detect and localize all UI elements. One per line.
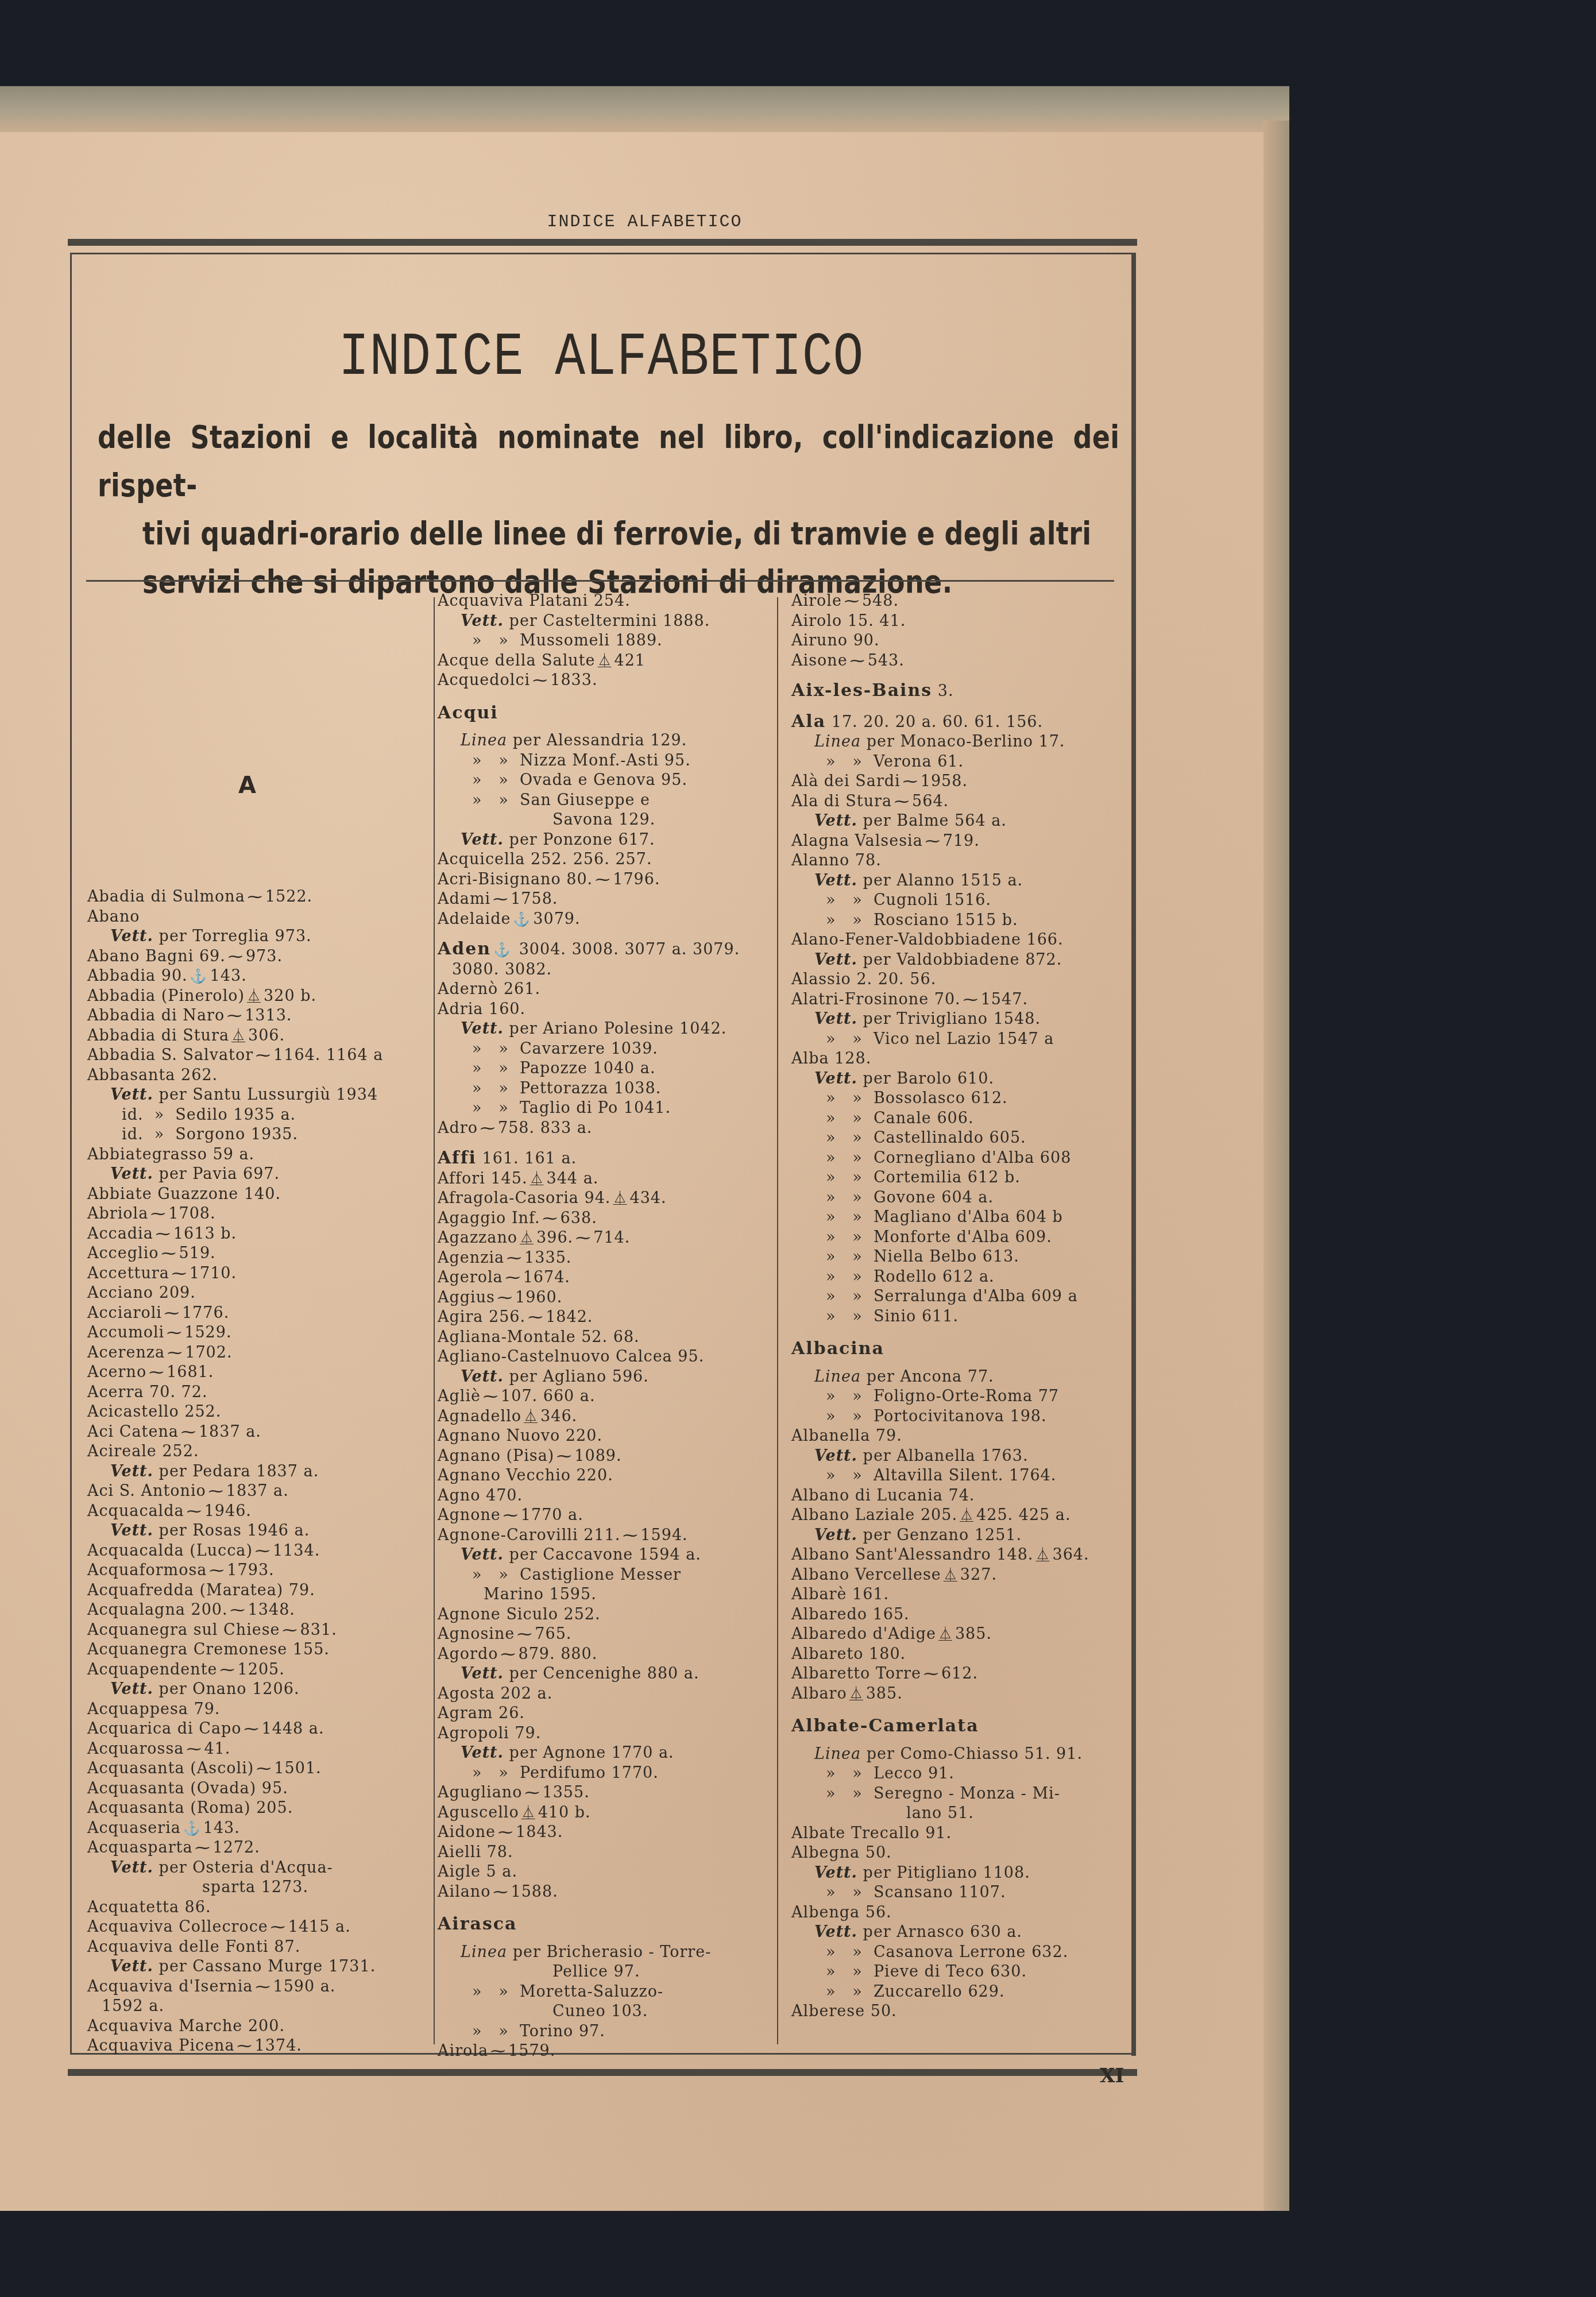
entry-name: Alagna Valsesia [791,832,923,850]
entry-ref: 879. 880. [518,1645,597,1663]
service-dest: per Torreglia 973. [159,927,312,945]
service-dest: per Agnone 1770 a. [509,1744,674,1762]
index-entry: Abbasanta 262. [87,1066,383,1086]
entry-ref: 1501. [274,1760,321,1777]
coach-icon: ⁓ [493,890,508,910]
index-entry: Agnone-Carovilli 211.⁓1594. [438,1526,740,1546]
ditto-line: » » Monforte d'Alba 609. [791,1228,1089,1248]
coach-icon: ⁓ [557,1447,572,1467]
service-label: Vett. [110,927,153,945]
entry-ref: 1164. 1164 a [273,1046,383,1064]
index-entry: Agnano Vecchio 220. [438,1466,740,1486]
line-service: Linea per Bricherasio - Torre- [438,1943,740,1963]
entry-name: Albareto 180. [791,1645,906,1663]
entry-name: Agnano Vecchio 220. [438,1467,613,1484]
service-dest: per Bricherasio - Torre- [513,1943,712,1961]
service-dest: per Monaco-Berlino 17. [867,733,1065,751]
entry-ref: 765. [535,1625,571,1643]
entry-name: Abbadia di Naro [87,1007,225,1024]
entry-name: Airolo 15. 41. [791,612,906,630]
index-entry: Acquedolci⁓1833. [438,671,740,691]
entry-ref: 161. 161 a. [482,1150,577,1167]
entry-name: Agno 470. [438,1487,523,1505]
entry-name: Abbadia 90. [87,967,188,985]
coach-service: Vett. per Agnone 1770 a. [438,1743,740,1764]
index-entry: Albenga 56. [791,1903,1089,1923]
service-dest: per Ancona 77. [867,1368,994,1386]
page-title: INDICE ALFABETICO [70,324,1133,393]
ditto-line: » » Seregno - Monza - Mi- [791,1784,1089,1804]
index-entry: Agnadello⏅346. [438,1407,740,1427]
entry-ref: 1313. [245,1007,292,1024]
index-entry: Abbadia (Pinerolo)⏅320 b. [87,987,383,1007]
index-entry: Abbadia 90.⚓143. [87,966,383,987]
coach-icon: ⁓ [532,671,548,691]
coach-service: Vett. per Rosas 1946 a. [87,1521,383,1541]
service-dest: per Ponzone 617. [509,831,655,849]
service-dest: per Caccavone 1594 a. [509,1546,701,1564]
ditto-line: » » Scansano 1107. [791,1883,1089,1903]
subtitle: delle Stazioni e località nominate nel l… [98,413,1119,606]
ditto-line: » » Zuccarello 629. [791,1982,1089,2002]
entry-name: Aci S. Antonio [87,1482,206,1500]
entry-ref: 1833. [550,671,597,689]
entry-name: Acicastello 252. [87,1403,221,1421]
index-entry: Acquaviva Picena⁓1374. [87,2036,383,2056]
column-divider-2 [777,597,778,2044]
entry-name: Aisone [791,652,848,670]
entry-name: Acquaviva d'Isernia [87,1978,253,1996]
id-line: id. » Sedilo 1935 a. [87,1105,383,1126]
coach-icon: ⁓ [167,1323,182,1343]
index-entry: Albate Trecallo 91. [791,1824,1089,1844]
index-heading: Acqui [438,703,740,724]
index-entry: Aden⚓ 3004. 3008. 3077 a. 3079. [438,939,740,960]
entry-name: Agnone Siculo 252. [438,1606,601,1623]
entry-ref: 1770 a. [521,1506,583,1524]
entry-name: Agliano-Castelnuovo Calcea 95. [438,1348,704,1366]
entry-ref: 1946. [204,1502,252,1520]
coach-icon: ⁓ [256,1046,271,1066]
index-entry: Aisone⁓543. [791,651,1089,671]
entry-name: Abbasanta 262. [87,1066,218,1084]
entry-ref: 1613 b. [173,1225,237,1243]
entry-ref: 1547. [981,991,1028,1008]
entry-ref: 1529. [184,1324,231,1341]
index-entry: Agugliano⁓1355. [438,1783,740,1803]
coach-service: Vett. per Pitigliano 1108. [791,1863,1089,1884]
index-entry: Adelaide⚓3079. [438,910,740,930]
coach-service: Vett. per Casteltermini 1888. [438,612,740,632]
ditto-line: » » Nizza Monf.-Asti 95. [438,751,740,771]
index-entry: Acerno⁓1681. [87,1363,383,1383]
entry-name: Airola [438,2042,488,2060]
index-entry: Alagna Valsesia⁓719. [791,832,1089,852]
service-dest: per Valdobbiadene 872. [863,951,1062,969]
service-dest: per Pavia 697. [159,1165,280,1183]
index-entry: Affori 145.⏅344 a. [438,1169,740,1189]
coach-icon: ⁓ [244,1719,260,1739]
ditto-line: » » Magliano d'Alba 604 b [791,1208,1089,1228]
entry-ref: 714. [593,1229,630,1247]
index-entry: Albareto 180. [791,1645,1089,1665]
ditto-line: » » Perdifumo 1770. [438,1764,740,1784]
entry-ref: 346. [540,1407,577,1425]
steamer-icon: ⚓ [493,940,511,960]
entry-name: Agnano (Pisa) [438,1447,554,1465]
entry-name: Agnosine [438,1625,515,1643]
entry-ref: 519. [179,1244,216,1262]
entry-name: Agliè [438,1387,481,1405]
index-heading: Ala [791,711,826,732]
service-label: Vett. [110,1522,153,1540]
tram-icon: ⏅ [938,1625,953,1645]
index-entry: Acquapendente⁓1205. [87,1660,383,1680]
coach-icon: ⁓ [195,1838,210,1858]
index-entry: Agnosine⁓765. [438,1625,740,1645]
entry-name: Albaredo d'Adige [791,1625,936,1643]
index-heading: Aix-les-Bains [791,680,932,701]
service-dest: per Santu Lussurgiù 1934 [159,1086,378,1104]
index-entry: Acquanegra sul Chiese⁓831. [87,1621,383,1641]
tram-icon: ⏅ [521,1803,536,1823]
coach-icon: ⁓ [524,1783,540,1803]
index-entry: Abano Bagni 69.⁓973. [87,947,383,967]
index-entry: Albaretto Torre⁓612. [791,1664,1089,1684]
ditto-line: » » Torino 97. [438,2022,740,2042]
index-entry: Acceglio⁓519. [87,1244,383,1264]
entry-ref: 1588. [511,1883,558,1901]
entry-ref: 434. [629,1189,666,1207]
tram-icon: ⏅ [247,987,261,1007]
index-entry: Agram 26. [438,1704,740,1724]
entry-name: Abbadia di Stura [87,1027,229,1045]
entry-ref: 410 b. [538,1804,591,1822]
frame-right-rule [1131,253,1136,2056]
service-dest: per Alessandria 129. [513,732,687,749]
entry-name: Aci Catena [87,1423,179,1441]
line-service: Linea per Como-Chiasso 51. 91. [791,1745,1089,1765]
entry-ref: 107. 660 a. [501,1387,596,1405]
service-dest: per Barolo 610. [863,1070,994,1088]
coach-icon: ⁓ [925,832,941,852]
index-entry: Ailano⁓1588. [438,1882,740,1902]
continuation-line: Cuneo 103. [438,2002,740,2022]
entry-name: Acquaviva delle Fonti 87. [87,1938,300,1956]
coach-service: Vett. per Santu Lussurgiù 1934 [87,1085,383,1105]
entry-name: Acquacalda (Lucca) [87,1542,253,1560]
index-entry: Albano di Lucania 74. [791,1486,1089,1506]
tram-icon: ⏅ [613,1189,627,1209]
coach-service: Vett. per Pedara 1837 a. [87,1462,383,1482]
service-label: Vett. [814,1923,857,1941]
tram-icon: ⏅ [524,1407,538,1427]
index-entry: Airolo 15. 41. [791,612,1089,632]
index-entry: Acque della Salute⏅421 [438,651,740,671]
entry-name: Accettura [87,1264,169,1282]
coach-service: Vett. per Agliano 596. [438,1367,740,1387]
index-entry: Alano-Fener-Valdobbiadene 166. [791,930,1089,950]
entry-name: Acquasanta (Roma) 205. [87,1799,293,1817]
index-heading: Airasca [438,1915,740,1935]
index-entry: Acquicella 252. 256. 257. [438,850,740,870]
index-entry: Accadia⁓1613 b. [87,1224,383,1244]
index-entry: Acquaviva Marche 200. [87,2017,383,2037]
continuation-line: Pellice 97. [438,1962,740,1982]
index-entry: Albaro⏅385. [791,1684,1089,1704]
coach-icon: ⁓ [963,990,979,1010]
entry-ref: 1089. [574,1447,621,1465]
tram-icon: ⏅ [530,1169,544,1189]
coach-icon: ⁓ [156,1224,171,1244]
service-dest: per Ariano Polesine 1042. [509,1020,727,1038]
entry-name: Albano Vercellese [791,1566,941,1584]
index-entry: Albaredo d'Adige⏅385. [791,1625,1089,1645]
ditto-line: » » Cortemilia 612 b. [791,1168,1089,1188]
entry-name: Agnadello [438,1407,521,1425]
index-column-middle: Acquaviva Platani 254.Vett. per Castelte… [438,591,740,2062]
entry-name: Acquaviva Marche 200. [87,2017,285,2035]
index-entry: Albaredo 165. [791,1605,1089,1625]
coach-service: Vett. per Valdobbiadene 872. [791,950,1089,970]
coach-icon: ⁓ [228,947,244,967]
index-heading: Albate-Camerlata [791,1716,1089,1737]
index-entry: Alassio 2. 20. 56. [791,970,1089,990]
index-column-right: Airole⁓548.Airolo 15. 41.Airuno 90.Aison… [791,591,1089,2022]
service-dest: per Alanno 1515 a. [863,872,1023,890]
entry-ref: 758. 833 a. [498,1119,593,1137]
entry-name: Acri-Bisignano 80. [438,871,593,888]
index-entry: Accettura⁓1710. [87,1264,383,1284]
entry-ref: 1590 a. [273,1978,335,1996]
index-entry: Agenzia⁓1335. [438,1248,740,1269]
index-entry: Aigle 5 a. [438,1862,740,1882]
entry-name: Agnone [438,1506,501,1524]
entry-name: Acquaviva Picena [87,2037,235,2055]
service-label: Vett. [814,1010,857,1028]
ditto-line: » » Altavilla Silent. 1764. [791,1466,1089,1486]
entry-ref: 1796. [613,871,660,888]
service-label: Vett. [814,1070,857,1088]
entry-ref: 973. [246,948,283,965]
entry-ref: 1348. [248,1601,295,1619]
entry-ref: 1837 a. [226,1482,289,1500]
ditto-line: » » Castellinaldo 605. [791,1128,1089,1148]
entry-name: Alanno 78. [791,852,882,869]
service-dest: per Cassano Murge 1731. [159,1958,376,1975]
entry-ref: 1134. [273,1542,320,1560]
coach-icon: ⁓ [149,1363,164,1383]
index-entry: Acquarossa⁓41. [87,1739,383,1760]
index-entry: Acquaformosa⁓1793. [87,1561,383,1581]
index-entry: Acerra 70. 72. [87,1383,383,1403]
coach-icon: ⁓ [528,1308,543,1328]
index-entry: Acicastello 252. [87,1402,383,1422]
coach-icon: ⁓ [186,1739,202,1760]
index-entry: Agaggio Inf.⁓638. [438,1209,740,1229]
index-entry: Acquacalda (Lucca)⁓1134. [87,1541,383,1561]
service-dest: per Balme 564 a. [863,812,1007,830]
service-dest: per Pedara 1837 a. [159,1463,319,1480]
index-entry: Agnano Nuovo 220. [438,1426,740,1447]
index-column-left: Abadia di Sulmona⁓1522.AbanoVett. per To… [87,887,383,2056]
entry-name: Acquanegra Cremonese 155. [87,1641,330,1658]
entry-ref: 1702. [185,1344,232,1362]
index-entry: Abbiategrasso 59 a. [87,1145,383,1165]
index-entry: Agnone Siculo 252. [438,1605,740,1625]
entry-name: Albenga 56. [791,1904,892,1921]
coach-icon: ⁓ [497,1288,513,1308]
ditto-line: » » Rosciano 1515 b. [791,911,1089,931]
entry-name: Aguscello [438,1804,519,1822]
entry-name: Acquicella 252. 256. 257. [438,850,652,868]
entry-name: Agnano Nuovo 220. [438,1427,602,1445]
service-dest: per Pitigliano 1108. [863,1864,1030,1882]
coach-icon: ⁓ [503,1506,519,1526]
coach-service: Vett. per Alanno 1515 a. [791,871,1089,891]
ditto-line: » » Casanova Lerrone 632. [791,1943,1089,1963]
entry-ref: 1960. [515,1289,562,1306]
index-entry: Airuno 90. [791,631,1089,651]
index-entry: Acquaviva delle Fonti 87. [87,1938,383,1958]
coach-icon: ⁓ [623,1526,638,1546]
ditto-line: » » Serralunga d'Alba 609 a [791,1287,1089,1307]
tram-icon: ⏅ [520,1228,534,1248]
entry-ref: 396. [536,1229,573,1247]
service-label: Linea [814,1745,861,1763]
index-entry: Agliè⁓107. 660 a. [438,1387,740,1407]
entry-name: Acquapendente [87,1661,218,1679]
entry-ref: 385. [955,1625,992,1643]
entry-name: Ailano [438,1883,491,1901]
service-label: Vett. [814,1447,857,1465]
entry-name: Afragola-Casoria 94. [438,1189,610,1207]
index-entry: Aielli 78. [438,1843,740,1863]
header-divider [86,580,1114,582]
entry-name: Albarè 161. [791,1586,889,1603]
entry-ref: 1958. [921,772,968,790]
entry-name: Albaro [791,1685,847,1703]
entry-name: Acquedolci [438,671,530,689]
service-dest: per Como-Chiasso 51. 91. [867,1745,1083,1763]
running-head: INDICE ALFABETICO [0,212,1289,232]
coach-icon: ⁓ [187,1502,202,1522]
index-entry: Acquasanta (Ascoli)⁓1501. [87,1759,383,1779]
index-entry: Acquatetta 86. [87,1898,383,1918]
coach-service: Vett. per Balme 564 a. [791,811,1089,832]
coach-icon: ⁓ [270,1917,286,1938]
index-entry: Aggius⁓1960. [438,1288,740,1308]
ditto-line: » » Taglio di Po 1041. [438,1099,740,1119]
index-entry: Acri-Bisignano 80.⁓1796. [438,870,740,890]
index-entry: Aguscello⏅410 b. [438,1803,740,1823]
ditto-line: » » Canale 606. [791,1109,1089,1129]
entry-name: Acqualagna 200. [87,1601,228,1619]
service-dest: per Genzano 1251. [863,1526,1022,1544]
entry-ref: 1374. [255,2037,302,2055]
continuation-line: lano 51. [791,1804,1089,1824]
tram-icon: ⏅ [849,1684,864,1704]
index-entry: Acquaviva Platani 254. [438,591,740,612]
coach-service: Vett. per Onano 1206. [87,1680,383,1700]
index-entry: Aci Catena⁓1837 a. [87,1422,383,1443]
coach-service: Vett. per Genzano 1251. [791,1526,1089,1546]
steamer-icon: ⚓ [513,910,531,930]
entry-name: Adro [438,1119,478,1137]
entry-name: Agira 256. [438,1308,525,1326]
index-entry: Abbadia S. Salvator⁓1164. 1164 a [87,1046,383,1066]
entry-ref: 1842. [546,1308,593,1326]
service-label: Vett. [814,1526,857,1544]
entry-name: Albano Sant'Alessandro 148. [791,1546,1033,1564]
entry-ref: 3079. [533,910,580,928]
ditto-line: » » Pettorazza 1038. [438,1079,740,1099]
entry-name: Aggius [438,1289,495,1306]
entry-ref: 1710. [190,1264,237,1282]
index-entry: Alanno 78. [791,851,1089,871]
coach-icon: ⁓ [255,1977,270,1997]
index-entry: Acquasanta (Ovada) 95. [87,1779,383,1799]
entry-name: Agaggio Inf. [438,1209,540,1227]
coach-icon: ⁓ [164,1304,180,1324]
entry-name: Albanella 79. [791,1427,902,1445]
service-dest: per Trivigliano 1548. [863,1010,1041,1028]
index-entry: Agira 256.⁓1842. [438,1308,740,1328]
coach-icon: ⁓ [493,1882,509,1902]
entry-name: Acquasparta [87,1839,192,1857]
index-entry: Acciano 209. [87,1283,383,1304]
ditto-line: » » Moretta-Saluzzo- [438,1982,740,2002]
id-line: id. » Sorgono 1935. [87,1125,383,1145]
coach-service: Vett. per Caccavone 1594 a. [438,1545,740,1565]
entry-name: Aielli 78. [438,1843,513,1861]
entry-name: Albano Laziale 205. [791,1506,957,1524]
index-entry: Albano Sant'Alessandro 148.⏅364. [791,1545,1089,1565]
coach-service: Vett. per Pavia 697. [87,1165,383,1185]
ditto-line: » » Ovada e Genova 95. [438,771,740,791]
entry-ref: 543. [868,652,905,670]
coach-icon: ⁓ [237,2036,253,2056]
service-label: Linea [461,1943,507,1961]
service-label: Vett. [461,1744,504,1762]
service-dest: per Osteria d'Acqua- [159,1859,333,1877]
entry-ref: 1776. [182,1304,229,1322]
entry-ref: 320 b. [264,987,316,1005]
coach-service: Vett. per Barolo 610. [791,1069,1089,1089]
entry-name: Albegna 50. [791,1844,892,1862]
tram-icon: ⏅ [1035,1545,1050,1565]
ditto-line: » » Lecco 91. [791,1764,1089,1784]
entry-ref: 548. [862,592,899,610]
ditto-line: » » Govone 604 a. [791,1188,1089,1208]
entry-name: Adria 160. [438,1000,525,1018]
entry-name: Alà dei Sardi [791,772,901,790]
entry-name: Albaretto Torre [791,1665,921,1683]
index-entry: Acquaviva d'Isernia⁓1590 a. [87,1977,383,1997]
service-label: Vett. [814,1864,857,1882]
service-dest: per Arnasco 630 a. [863,1923,1022,1941]
index-entry: Agliana-Montale 52. 68. [438,1328,740,1348]
entry-ref: 3. [938,682,954,700]
coach-icon: ⁓ [923,1664,939,1684]
entry-ref: 1522. [265,888,312,906]
subtitle-line-2: tivi quadri-orario delle linee di ferrov… [98,510,1119,558]
service-label: Vett. [461,1546,504,1564]
service-label: Vett. [110,1680,153,1698]
entry-name: Abbadia (Pinerolo) [87,987,245,1005]
entry-name: Abbiate Guazzone 140. [87,1185,281,1203]
entry-name: Acireale 252. [87,1443,199,1460]
